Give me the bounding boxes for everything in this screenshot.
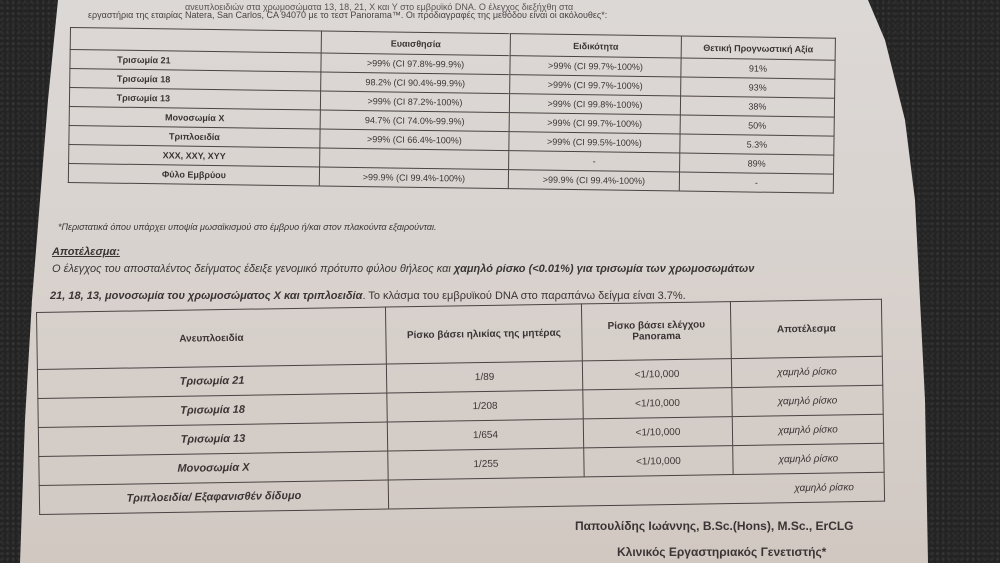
row-label: Φύλο Εμβρύου — [68, 163, 319, 186]
age-risk-cell: 1/208 — [387, 390, 583, 422]
age-risk-cell: 1/255 — [388, 448, 584, 480]
performance-table: Ευαισθησία Ειδικότητα Θετική Προγνωστική… — [68, 27, 836, 194]
panorama-risk-cell: <1/10,000 — [583, 417, 732, 448]
table-header: Ρίσκο βάσει ελέγχου Panorama — [581, 302, 731, 361]
sensitivity-cell: >99% (CI 87.2%-100%) — [320, 91, 509, 113]
ppv-cell: 93% — [681, 77, 835, 98]
sensitivity-cell: >99.9% (CI 99.4%-100%) — [319, 167, 508, 189]
panorama-risk-cell: <1/10,000 — [584, 446, 733, 477]
table-header: Ευαισθησία — [321, 31, 510, 56]
result-cell: χαμηλό ρίσκο — [732, 385, 883, 416]
ppv-cell: 50% — [680, 115, 834, 136]
table-header: Θετική Προγνωστική Αξία — [681, 36, 835, 60]
sensitivity-cell: >99% (CI 66.4%-100%) — [320, 129, 509, 151]
ppv-cell: 38% — [680, 96, 834, 117]
result-text: . Το κλάσμα του εμβρυϊκού DNA στο παραπά… — [362, 290, 685, 302]
age-risk-cell: 1/89 — [386, 361, 582, 393]
result-cell: χαμηλό ρίσκο — [732, 414, 883, 445]
header-line-2: εργαστήρια της εταιρίας Natera, San Carl… — [88, 10, 607, 20]
specificity-cell: >99% (CI 99.8%-100%) — [509, 94, 680, 115]
panorama-risk-cell: <1/10,000 — [583, 388, 732, 419]
signatory-name: Παπουλίδης Ιωάννης, B.Sc.(Hons), M.Sc., … — [575, 519, 854, 533]
table-header: Ρίσκο βάσει ηλικίας της μητέρας — [385, 304, 582, 364]
table-footnote: *Περιστατικά όπου υπάρχει υποψία μωσαϊκι… — [58, 222, 436, 232]
specificity-cell: >99% (CI 99.7%-100%) — [510, 56, 681, 77]
specificity-cell: >99% (CI 99.7%-100%) — [509, 113, 680, 134]
panorama-risk-cell: <1/10,000 — [582, 359, 731, 390]
age-risk-cell: 1/654 — [387, 419, 583, 451]
result-cell: χαμηλό ρίσκο — [733, 443, 884, 474]
sensitivity-cell: 94.7% (CI 74.0%-99.9%) — [320, 110, 509, 132]
sensitivity-cell: >99% (CI 97.8%-99.9%) — [321, 53, 510, 75]
specificity-cell: - — [509, 151, 680, 172]
ppv-cell: - — [679, 172, 833, 193]
result-cell: χαμηλό ρίσκο — [731, 356, 882, 387]
result-emphasis: 21, 18, 13, μονοσωμία του χρωμοσώματος X… — [50, 290, 362, 302]
row-label: Τριπλοειδία/ Εξαφανισθέν δίδυμο — [39, 480, 388, 514]
result-line-2: 21, 18, 13, μονοσωμία του χρωμοσώματος X… — [50, 290, 686, 302]
table-header: Ανευπλοειδία — [37, 307, 387, 369]
sensitivity-cell: 98.2% (CI 90.4%-99.9%) — [321, 72, 510, 94]
result-text: Ο έλεγχος του αποσταλέντος δείγματος έδε… — [52, 263, 454, 275]
specificity-cell: >99% (CI 99.7%-100%) — [510, 75, 681, 96]
ppv-cell: 91% — [681, 58, 835, 79]
ppv-cell: 89% — [680, 153, 834, 174]
result-heading: Αποτέλεσμα: — [52, 246, 120, 258]
result-line-1: Ο έλεγχος του αποσταλέντος δείγματος έδε… — [52, 263, 754, 275]
risk-table: Ανευπλοειδία Ρίσκο βάσει ηλικίας της μητ… — [36, 299, 885, 515]
specificity-cell: >99% (CI 99.5%-100%) — [509, 132, 680, 153]
specificity-cell: >99.9% (CI 99.4%-100%) — [508, 170, 679, 191]
table-header: Αποτέλεσμα — [730, 299, 882, 358]
ppv-cell: 5.3% — [680, 134, 834, 155]
table-header: Ειδικότητα — [510, 34, 681, 58]
sensitivity-cell — [320, 148, 509, 170]
result-emphasis: χαμηλό ρίσκο (<0.01%) για τρισωμία των χ… — [454, 263, 754, 275]
signatory-title: Κλινικός Εργαστηριακός Γενετιστής* — [617, 545, 826, 559]
